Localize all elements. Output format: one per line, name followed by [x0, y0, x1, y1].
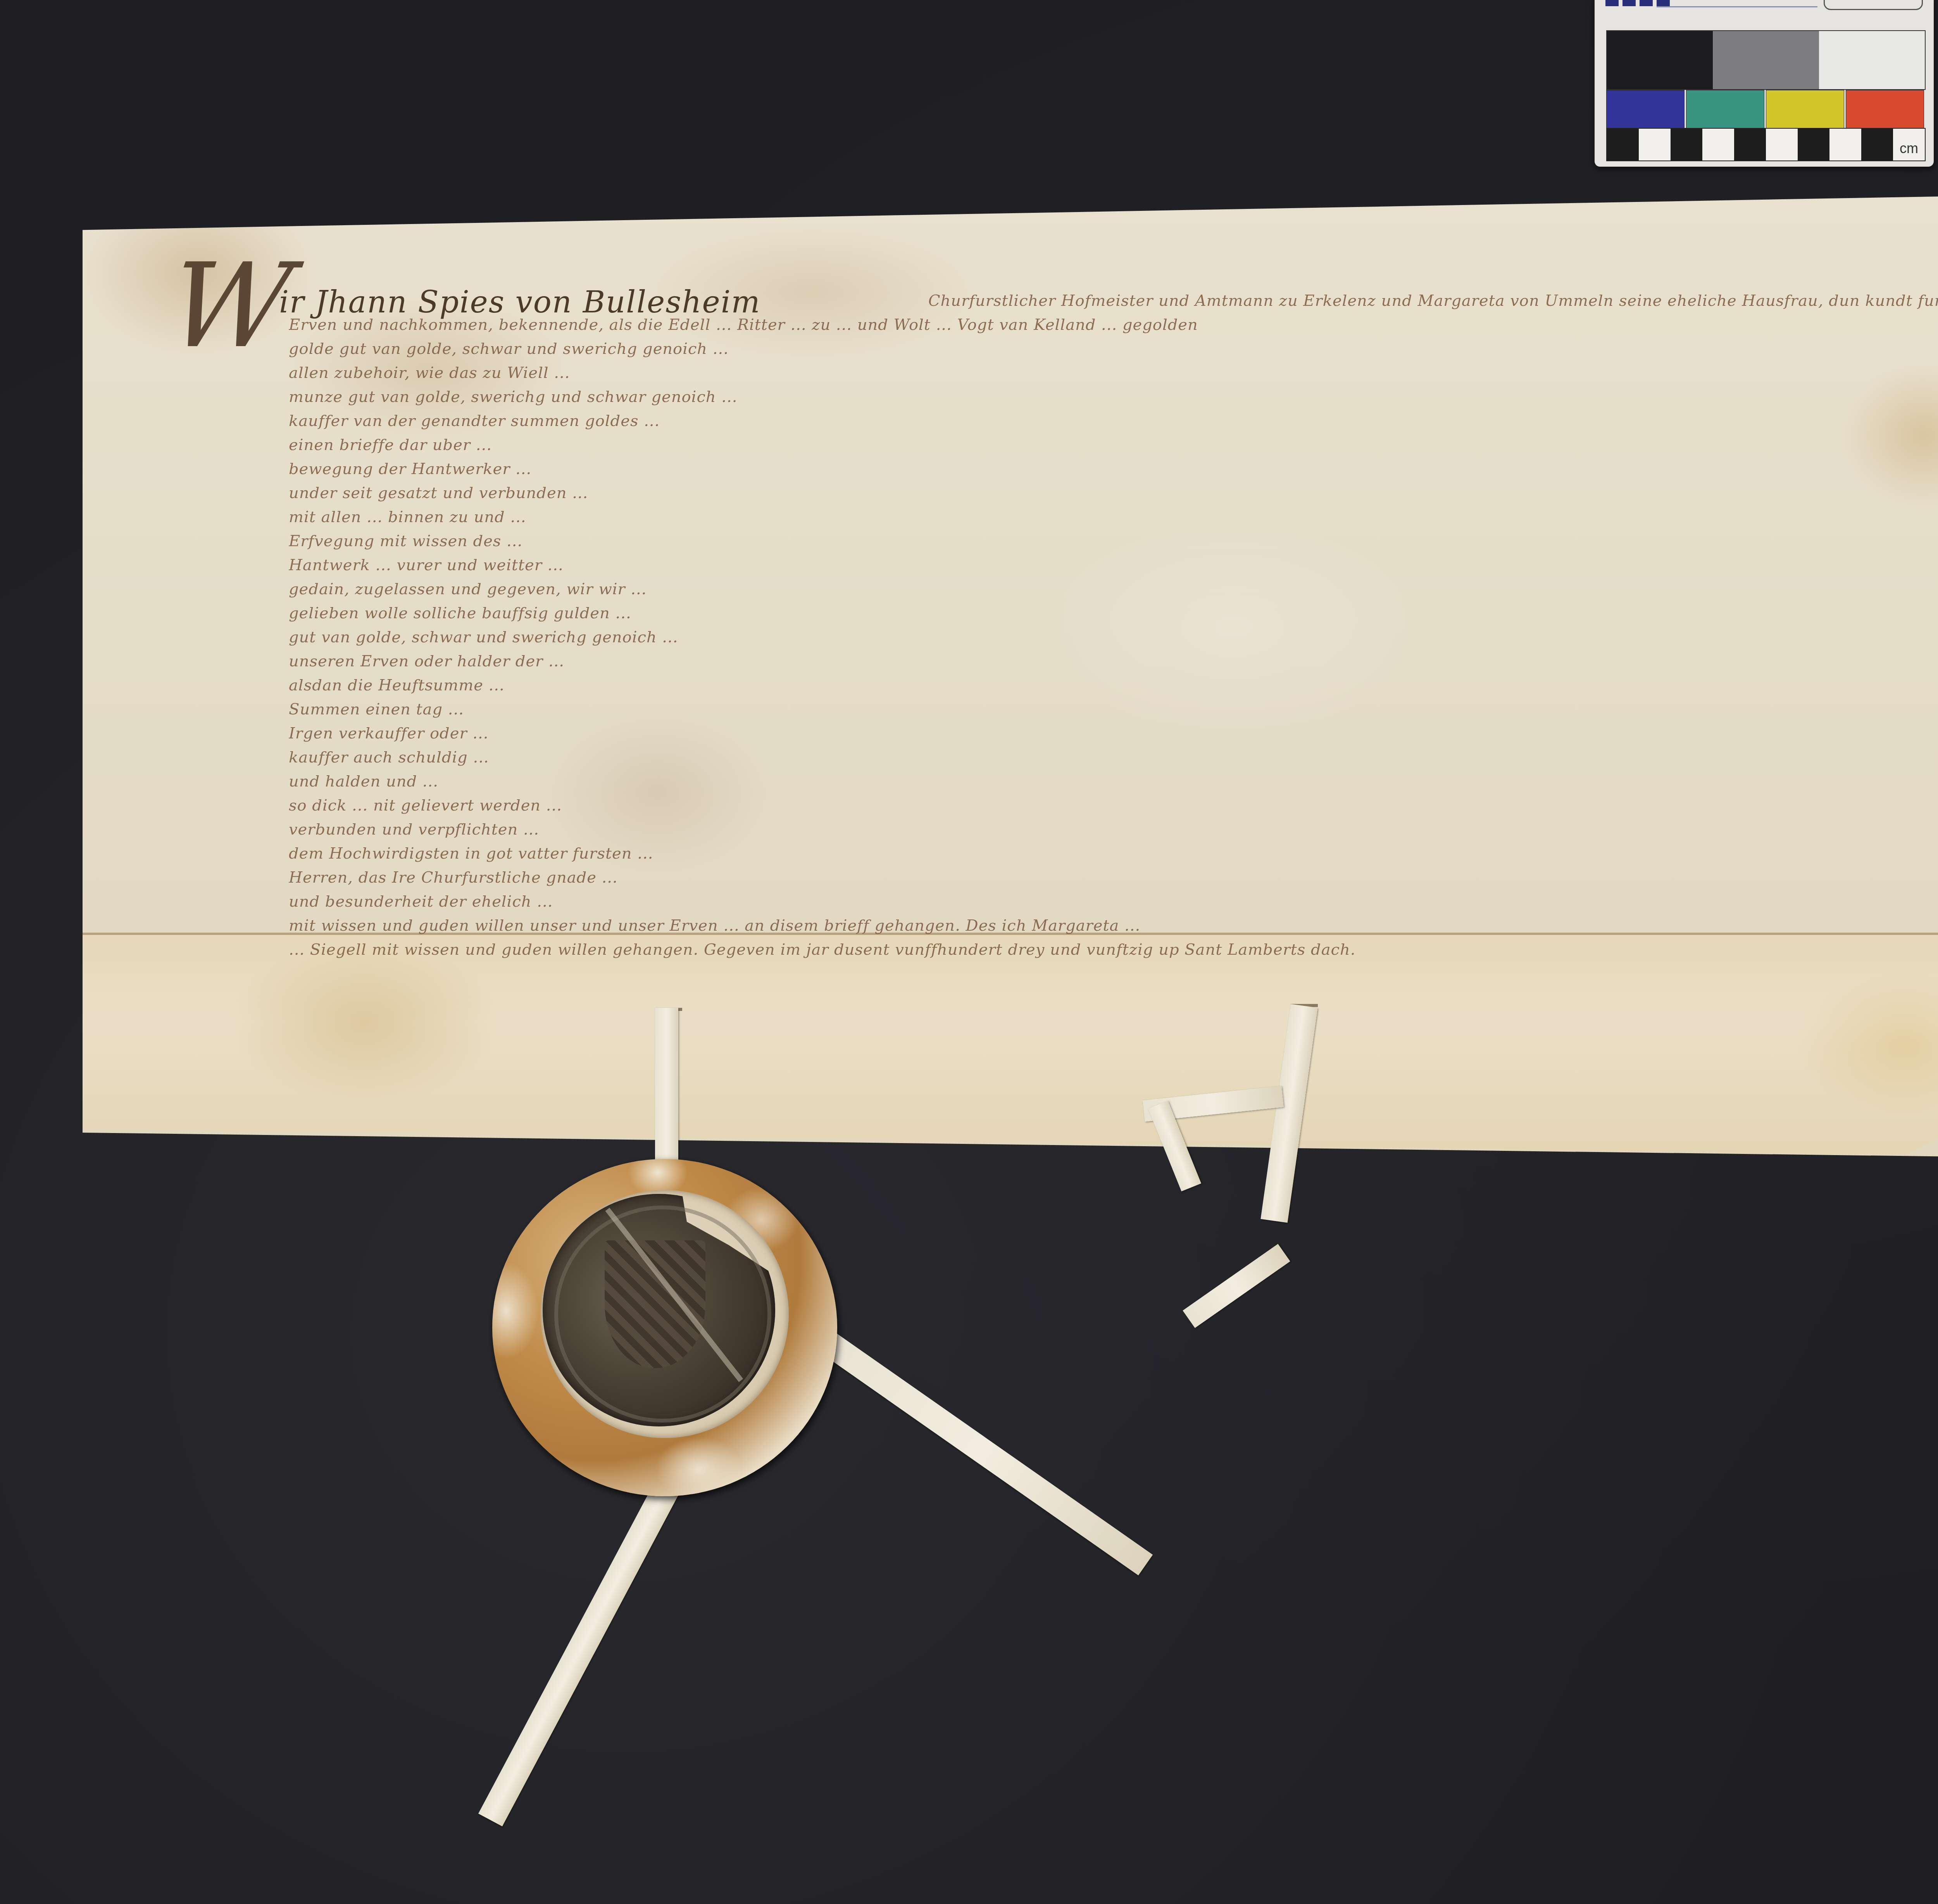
coat-of-arms-icon	[605, 1240, 705, 1368]
text-line: golde gut van golde, schwar und swerichg…	[289, 337, 1938, 361]
grey-patch-white	[1819, 31, 1925, 89]
text-line: munze gut van golde, swerichg und schwar…	[289, 385, 1938, 409]
text-line-closing-date: ... Siegell mit wissen und guden willen …	[289, 938, 1938, 962]
card-logo-icon	[1605, 0, 1670, 6]
cm-label: cm	[1900, 140, 1918, 157]
text-line: Summen einen tag ...	[289, 697, 1938, 721]
text-line: gedain, zugelassen und gegeven, wir wir …	[289, 577, 1938, 601]
text-line: und besunderheit der ehelich ...	[289, 890, 1938, 914]
charter-body-text: Churfurstlicher Hofmeister und Amtmann z…	[289, 316, 1938, 962]
text-line: einen brieffe dar uber ...	[289, 433, 1938, 457]
left-seal-tag-top	[655, 1008, 678, 1178]
text-line: Churfurstlicher Hofmeister und Amtmann z…	[289, 289, 1938, 313]
grey-patch-black	[1607, 31, 1713, 89]
text-line: so dick ... nit gelievert werden ...	[289, 793, 1938, 817]
text-line: und halden und ...	[289, 769, 1938, 793]
text-line: gut van golde, schwar und swerichg genoi…	[289, 625, 1938, 649]
grey-patch-mid	[1713, 31, 1819, 89]
card-label-box	[1824, 0, 1923, 10]
card-rule	[1657, 6, 1817, 7]
decorated-initial: W	[162, 248, 298, 364]
text-line: kauffer auch schuldig ...	[289, 745, 1938, 769]
text-line: dem Hochwirdigsten in got vatter fursten…	[289, 842, 1938, 866]
text-line: kauffer van der genandter summen goldes …	[289, 409, 1938, 433]
text-line: alsdan die Heuftsumme ...	[289, 673, 1938, 697]
color-calibration-card: cm	[1595, 0, 1934, 167]
text-line: Herren, das Ire Churfurstliche gnade ...	[289, 866, 1938, 890]
cm-scale	[1606, 128, 1926, 161]
grey-patches	[1606, 30, 1926, 90]
text-line: Irgen verkauffer oder ...	[289, 721, 1938, 745]
plica-fold	[83, 934, 1938, 1155]
text-line: mit wissen und guden willen unser und un…	[289, 914, 1938, 938]
text-line: allen zubehoir, wie das zu Wiell ...	[289, 361, 1938, 385]
text-line: gelieben wolle solliche bauffsig gulden …	[289, 601, 1938, 625]
text-line: unseren Erven oder halder der ...	[289, 649, 1938, 673]
text-line: bewegung der Hantwerker ...	[289, 457, 1938, 481]
text-line: Hantwerk ... vurer und weitter ...	[289, 553, 1938, 577]
text-line: verbunden und verpflichten ...	[289, 817, 1938, 842]
text-line: Erven und nachkommen, bekennende, als di…	[289, 313, 1938, 337]
text-line: Erfvegung mit wissen des ...	[289, 529, 1938, 553]
text-line: under seit gesatzt und verbunden ...	[289, 481, 1938, 505]
text-line: mit allen ... binnen zu und ...	[289, 505, 1938, 529]
